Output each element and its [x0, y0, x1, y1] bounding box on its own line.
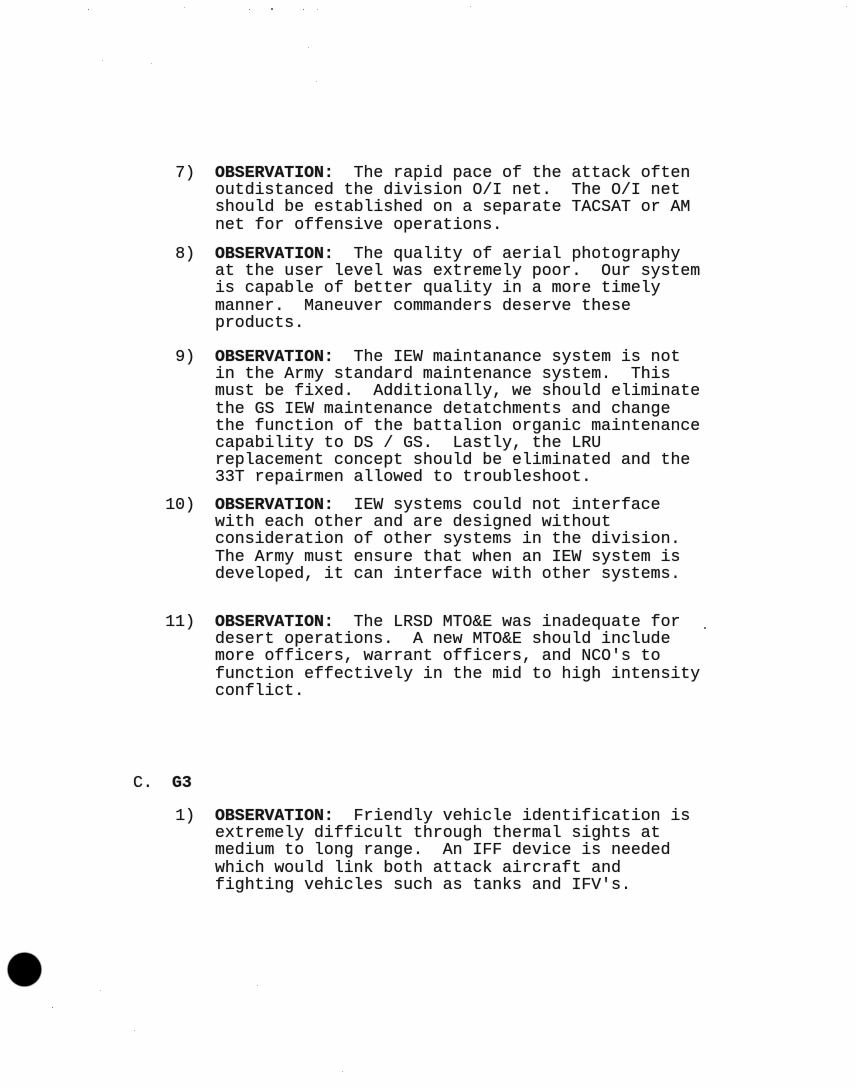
scan-speck [52, 1007, 53, 1008]
observation-first-line-text: IEW systems could not interface [334, 495, 661, 514]
observation-line: 33T repairmen allowed to troubleshoot. [215, 468, 700, 485]
observation-line: manner. Maneuver commanders deserve thes… [215, 297, 700, 314]
scan-speck [134, 1030, 135, 1031]
scan-speck [88, 9, 89, 10]
section-letter: C. [133, 774, 153, 791]
observation-line: fighting vehicles such as tanks and IFV'… [215, 876, 690, 893]
observation-line: the GS IEW maintenance detatchments and … [215, 400, 700, 417]
observation-body: OBSERVATION: The LRSD MTO&E was inadequa… [215, 613, 700, 699]
observation-line: capability to DS / GS. Lastly, the LRU [215, 434, 700, 451]
observation-first-line-text: The quality of aerial photography [334, 244, 681, 263]
scan-speck [102, 60, 103, 61]
observation-label: OBSERVATION: [215, 163, 334, 182]
observation-line: which would link both attack aircraft an… [215, 859, 690, 876]
observation-body: OBSERVATION: IEW systems could not inter… [215, 496, 680, 582]
observation-label: OBSERVATION: [215, 806, 334, 825]
observation-line: function effectively in the mid to high … [215, 665, 700, 682]
scan-speck [271, 8, 273, 10]
observation-line: OBSERVATION: The LRSD MTO&E was inadequa… [215, 613, 700, 630]
observation-line: OBSERVATION: The IEW maintanance system … [215, 348, 700, 365]
observation-line: The Army must ensure that when an IEW sy… [215, 548, 680, 565]
observation-line: OBSERVATION: The quality of aerial photo… [215, 245, 700, 262]
observation-label: OBSERVATION: [215, 244, 334, 263]
scan-speck [704, 627, 706, 629]
observation-first-line-text: The IEW maintanance system is not [334, 347, 681, 366]
scanned-document-page: { "page": { "background_color": "#fefefe… [0, 0, 856, 1088]
scan-speck [342, 1071, 343, 1072]
scan-speck [470, 6, 471, 7]
observation-line: more officers, warrant officers, and NCO… [215, 647, 700, 664]
observation-line: is capable of better quality in a more t… [215, 279, 700, 296]
section-title: G3 [172, 774, 192, 791]
scan-speck [100, 990, 101, 991]
observation-line: products. [215, 314, 700, 331]
scan-speck [257, 985, 258, 986]
observation-body: OBSERVATION: Friendly vehicle identifica… [215, 807, 690, 893]
observation-line: desert operations. A new MTO&E should in… [215, 630, 700, 647]
observation-line: at the user level was extremely poor. Ou… [215, 262, 700, 279]
scan-speck [151, 63, 152, 64]
observation-number: 7) [135, 164, 195, 181]
observation-first-line-text: The LRSD MTO&E was inadequate for [334, 612, 681, 631]
scan-speck [317, 9, 318, 10]
observation-line: with each other and are designed without [215, 513, 680, 530]
observation-line: outdistanced the division O/I net. The O… [215, 181, 690, 198]
observation-body: OBSERVATION: The IEW maintanance system … [215, 348, 700, 486]
observation-number: 11) [135, 613, 195, 630]
observation-line: OBSERVATION: The rapid pace of the attac… [215, 164, 690, 181]
observation-label: OBSERVATION: [215, 612, 334, 631]
scan-speck [184, 7, 185, 8]
observation-line: replacement concept should be eliminated… [215, 451, 700, 468]
observation-line: OBSERVATION: IEW systems could not inter… [215, 496, 680, 513]
observation-body: OBSERVATION: The quality of aerial photo… [215, 245, 700, 331]
observation-label: OBSERVATION: [215, 347, 334, 366]
observation-body: OBSERVATION: The rapid pace of the attac… [215, 164, 690, 233]
scan-speck [316, 81, 317, 82]
observation-line: developed, it can interface with other s… [215, 565, 680, 582]
scan-speck [249, 9, 250, 10]
observation-line: medium to long range. An IFF device is n… [215, 841, 690, 858]
observation-first-line-text: The rapid pace of the attack often [334, 163, 690, 182]
observation-line: net for offensive operations. [215, 216, 690, 233]
observation-number: 1) [135, 807, 195, 824]
observation-line: OBSERVATION: Friendly vehicle identifica… [215, 807, 690, 824]
observation-line: must be fixed. Additionally, we should e… [215, 382, 700, 399]
observation-line: in the Army standard maintenance system.… [215, 365, 700, 382]
observation-number: 10) [135, 496, 195, 513]
observation-label: OBSERVATION: [215, 495, 334, 514]
scan-speck [846, 6, 847, 7]
observation-number: 8) [135, 245, 195, 262]
ink-dot [8, 953, 41, 986]
observation-line: consideration of other systems in the di… [215, 530, 680, 547]
observation-line: should be established on a separate TACS… [215, 198, 690, 215]
scan-speck [303, 9, 304, 10]
observation-number: 9) [135, 348, 195, 365]
observation-line: conflict. [215, 682, 700, 699]
observation-line: extremely difficult through thermal sigh… [215, 824, 690, 841]
scan-speck [308, 47, 309, 48]
observation-first-line-text: Friendly vehicle identification is [334, 806, 690, 825]
paper-background: 7) OBSERVATION: The rapid pace of the at… [0, 0, 856, 1088]
observation-line: the function of the battalion organic ma… [215, 417, 700, 434]
